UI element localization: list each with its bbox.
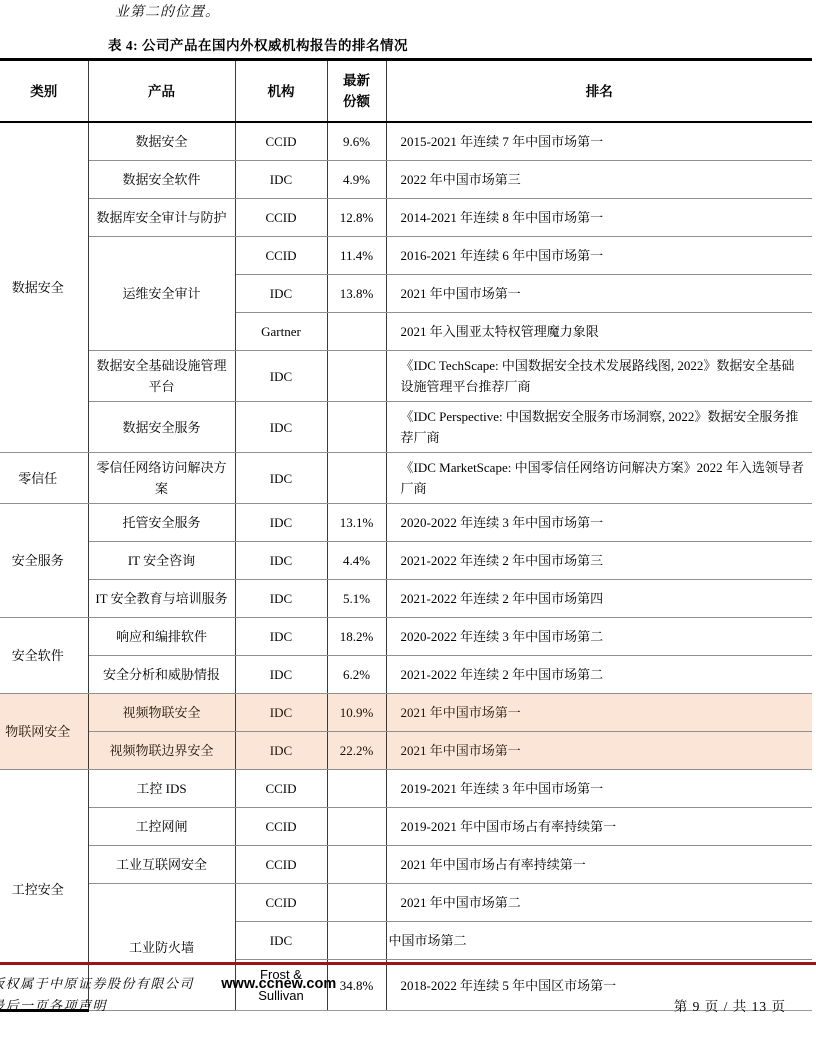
org-cell: IDC [235, 618, 327, 656]
table-row: 数据安全数据安全CCID9.6%2015-2021 年连续 7 年中国市场第一 [0, 122, 812, 161]
rank-cell: 2021 年中国市场第二 [386, 884, 812, 922]
product-cell: 数据安全基础设施管理平台 [88, 351, 235, 402]
header-share-line1: 最新 [333, 70, 381, 91]
share-cell [327, 313, 386, 351]
share-cell [327, 884, 386, 922]
org-cell: IDC [235, 453, 327, 504]
rank-cell: 《IDC MarketScape: 中国零信任网络访问解决方案》2022 年入选… [386, 453, 812, 504]
footer-copyright-line: 版权属于中原证券股份有限公司 www.ccnew.com [0, 973, 336, 992]
org-cell: IDC [235, 542, 327, 580]
org-cell: IDC [235, 580, 327, 618]
table-row: 工控网闸CCID2019-2021 年中国市场占有率持续第一 [0, 808, 812, 846]
share-cell: 9.6% [327, 122, 386, 161]
rank-cell: 《IDC Perspective: 中国数据安全服务市场洞察, 2022》数据安… [386, 402, 812, 453]
share-cell [327, 770, 386, 808]
rank-cell: 2021 年入围亚太特权管理魔力象限 [386, 313, 812, 351]
product-cell: 视频物联安全 [88, 694, 235, 732]
rank-cell: 2015-2021 年连续 7 年中国市场第一 [386, 122, 812, 161]
table-header-row: 类别 产品 机构 最新 份额 排名 [0, 60, 812, 123]
rank-cell: 2022 年中国市场第三 [386, 161, 812, 199]
table-row: 数据安全服务IDC《IDC Perspective: 中国数据安全服务市场洞察,… [0, 402, 812, 453]
header-org: 机构 [235, 60, 327, 123]
product-cell: 数据安全 [88, 122, 235, 161]
org-cell: IDC [235, 402, 327, 453]
org-cell: IDC [235, 504, 327, 542]
org-cell: IDC [235, 732, 327, 770]
product-cell: 零信任网络访问解决方案 [88, 453, 235, 504]
table-row: 数据安全基础设施管理平台IDC《IDC TechScape: 中国数据安全技术发… [0, 351, 812, 402]
org-cell: IDC [235, 656, 327, 694]
product-cell: 视频物联边界安全 [88, 732, 235, 770]
share-cell: 4.4% [327, 542, 386, 580]
rank-cell: 2019-2021 年中国市场占有率持续第一 [386, 808, 812, 846]
product-cell: 工控 IDS [88, 770, 235, 808]
table-row: IT 安全咨询IDC4.4%2021-2022 年连续 2 年中国市场第三 [0, 542, 812, 580]
footer-company-text: 版权属于中原证券股份有限公司 [0, 973, 194, 992]
rank-cell: 2014-2021 年连续 8 年中国市场第一 [386, 199, 812, 237]
table-title: 表 4: 公司产品在国内外权威机构报告的排名情况 [108, 34, 408, 54]
share-cell: 6.2% [327, 656, 386, 694]
table-row: 工控安全工控 IDSCCID2019-2021 年连续 3 年中国市场第一 [0, 770, 812, 808]
share-cell: 13.1% [327, 504, 386, 542]
ranking-table: 类别 产品 机构 最新 份额 排名 数据安全数据安全CCID9.6%2015-2… [0, 58, 812, 1012]
header-product: 产品 [88, 60, 235, 123]
footer-divider-rule [0, 962, 816, 965]
table-row: 物联网安全视频物联安全IDC10.9%2021 年中国市场第一 [0, 694, 812, 732]
share-cell: 4.9% [327, 161, 386, 199]
product-cell: 工控网闸 [88, 808, 235, 846]
share-cell: 18.2% [327, 618, 386, 656]
header-share: 最新 份额 [327, 60, 386, 123]
org-cell: IDC [235, 161, 327, 199]
org-cell: IDC [235, 275, 327, 313]
share-cell [327, 453, 386, 504]
rank-cell: 2021 年中国市场第一 [386, 732, 812, 770]
share-cell [327, 402, 386, 453]
product-cell: 运维安全审计 [88, 237, 235, 351]
footer-website-link[interactable]: www.ccnew.com [221, 976, 336, 992]
share-cell: 10.9% [327, 694, 386, 732]
category-cell: 安全软件 [0, 618, 88, 694]
rank-cell: 2021-2022 年连续 2 年中国市场第三 [386, 542, 812, 580]
share-cell: 11.4% [327, 237, 386, 275]
rank-cell: 2019-2021 年连续 3 年中国市场第一 [386, 770, 812, 808]
share-cell: 12.8% [327, 199, 386, 237]
product-cell: 响应和编排软件 [88, 618, 235, 656]
product-cell: 数据安全软件 [88, 161, 235, 199]
paragraph-fragment: 业第二的位置。 [115, 1, 220, 21]
product-cell: 数据库安全审计与防护 [88, 199, 235, 237]
table-row: 工业互联网安全CCID2021 年中国市场占有率持续第一 [0, 846, 812, 884]
footer-disclaimer-line: 最后一页各项声明 [0, 995, 107, 1014]
rank-cell: 2021-2022 年连续 2 年中国市场第四 [386, 580, 812, 618]
category-cell: 零信任 [0, 453, 88, 504]
category-cell: 安全服务 [0, 504, 88, 618]
share-cell [327, 846, 386, 884]
category-cell: 物联网安全 [0, 694, 88, 770]
org-cell: CCID [235, 122, 327, 161]
product-cell: 工业互联网安全 [88, 846, 235, 884]
share-cell: 13.8% [327, 275, 386, 313]
org-cell: CCID [235, 199, 327, 237]
share-cell [327, 351, 386, 402]
table-row: 安全服务托管安全服务IDC13.1%2020-2022 年连续 3 年中国市场第… [0, 504, 812, 542]
org-cell: CCID [235, 846, 327, 884]
table-row: 安全软件响应和编排软件IDC18.2%2020-2022 年连续 3 年中国市场… [0, 618, 812, 656]
table-row: 运维安全审计CCID11.4%2016-2021 年连续 6 年中国市场第一 [0, 237, 812, 275]
share-cell [327, 922, 386, 960]
product-cell: 托管安全服务 [88, 504, 235, 542]
category-cell: 数据安全 [0, 122, 88, 453]
rank-cell: 2020-2022 年连续 3 年中国市场第二 [386, 618, 812, 656]
header-share-line2: 份额 [333, 91, 381, 112]
rank-cell: 2021 年中国市场第一 [386, 275, 812, 313]
table-row: 安全分析和威胁情报IDC6.2%2021-2022 年连续 2 年中国市场第二 [0, 656, 812, 694]
org-cell: IDC [235, 351, 327, 402]
rank-cell: 中国市场第二 [386, 922, 812, 960]
table-row: 数据安全软件IDC4.9%2022 年中国市场第三 [0, 161, 812, 199]
product-cell: 安全分析和威胁情报 [88, 656, 235, 694]
header-category: 类别 [0, 60, 88, 123]
table-row: 视频物联边界安全IDC22.2%2021 年中国市场第一 [0, 732, 812, 770]
org-cell: CCID [235, 237, 327, 275]
product-cell: IT 安全教育与培训服务 [88, 580, 235, 618]
table-row: 零信任零信任网络访问解决方案IDC《IDC MarketScape: 中国零信任… [0, 453, 812, 504]
product-cell: 数据安全服务 [88, 402, 235, 453]
footer-disclaimer-text: 最后一页各项声明 [0, 995, 107, 1014]
org-cell: CCID [235, 770, 327, 808]
page-number: 第 9 页 / 共 13 页 [674, 995, 786, 1015]
rank-cell: 2021 年中国市场占有率持续第一 [386, 846, 812, 884]
share-cell [327, 808, 386, 846]
share-cell: 22.2% [327, 732, 386, 770]
rank-cell: 2020-2022 年连续 3 年中国市场第一 [386, 504, 812, 542]
table-row: 工业防火墙CCID2021 年中国市场第二 [0, 884, 812, 922]
org-cell: CCID [235, 808, 327, 846]
rank-cell: 2016-2021 年连续 6 年中国市场第一 [386, 237, 812, 275]
org-cell: Gartner [235, 313, 327, 351]
org-cell: CCID [235, 884, 327, 922]
table-row: IT 安全教育与培训服务IDC5.1%2021-2022 年连续 2 年中国市场… [0, 580, 812, 618]
org-cell: IDC [235, 694, 327, 732]
rank-cell: 2021-2022 年连续 2 年中国市场第二 [386, 656, 812, 694]
product-cell: IT 安全咨询 [88, 542, 235, 580]
table-row: 数据库安全审计与防护CCID12.8%2014-2021 年连续 8 年中国市场… [0, 199, 812, 237]
header-rank: 排名 [386, 60, 812, 123]
rank-cell: 2021 年中国市场第一 [386, 694, 812, 732]
share-cell: 5.1% [327, 580, 386, 618]
rank-cell: 《IDC TechScape: 中国数据安全技术发展路线图, 2022》数据安全… [386, 351, 812, 402]
org-cell: IDC [235, 922, 327, 960]
